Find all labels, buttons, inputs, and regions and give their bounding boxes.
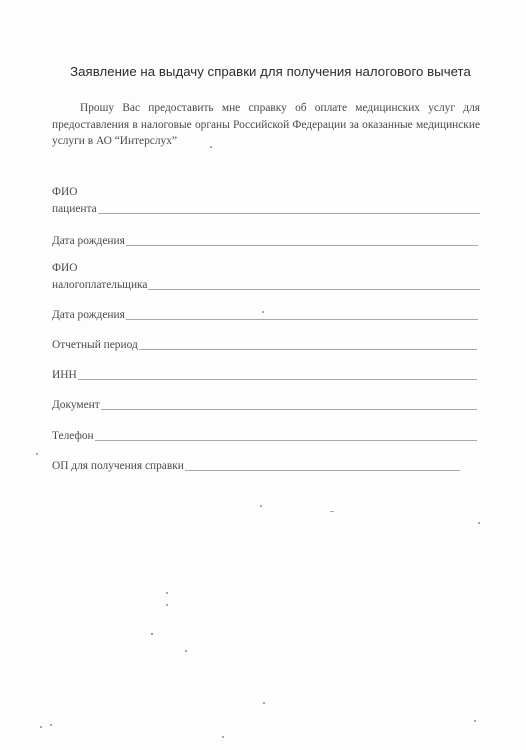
scan-speck bbox=[222, 736, 224, 738]
scan-speck bbox=[166, 592, 168, 594]
request-line-1: Прошу Вас предоставить мне справку об оп… bbox=[52, 100, 480, 117]
taxpayer-name-label: налогоплательщика bbox=[52, 278, 147, 292]
inn-label: ИНН bbox=[52, 368, 77, 382]
phone-input-line[interactable] bbox=[95, 440, 477, 441]
pickup-office-input-line[interactable] bbox=[185, 470, 460, 471]
scan-speck bbox=[260, 505, 262, 507]
scan-speck bbox=[262, 311, 264, 313]
pickup-office-label: ОП для получения справки bbox=[52, 459, 184, 473]
reporting-period-label: Отчетный период bbox=[52, 338, 138, 352]
scan-speck bbox=[50, 724, 52, 726]
scanned-page: Заявление на выдачу справки для получени… bbox=[0, 0, 526, 750]
patient-birthdate-input-line[interactable] bbox=[126, 245, 478, 246]
patient-birthdate-field[interactable]: Дата рождения bbox=[52, 232, 478, 248]
reporting-period-input-line[interactable] bbox=[139, 349, 477, 350]
phone-label: Телефон bbox=[52, 429, 94, 443]
patient-birthdate-label: Дата рождения bbox=[52, 234, 125, 248]
document-input-line[interactable] bbox=[101, 409, 477, 410]
scan-speck bbox=[478, 522, 480, 524]
document-label: Документ bbox=[52, 398, 100, 412]
patient-name-label-top: ФИО bbox=[52, 186, 77, 198]
request-line-2: предоставления в налоговые органы Россий… bbox=[52, 117, 480, 134]
scan-speck bbox=[330, 511, 334, 512]
scan-speck bbox=[166, 604, 168, 606]
reporting-period-field[interactable]: Отчетный период bbox=[52, 336, 477, 352]
inn-field[interactable]: ИНН bbox=[52, 366, 477, 382]
inn-input-line[interactable] bbox=[78, 379, 477, 380]
taxpayer-name-label-top: ФИО bbox=[52, 262, 77, 274]
scan-speck bbox=[36, 453, 38, 455]
taxpayer-birthdate-input-line[interactable] bbox=[126, 319, 478, 320]
taxpayer-name-input-line[interactable] bbox=[148, 289, 480, 290]
scan-speck bbox=[185, 650, 187, 652]
pickup-office-field[interactable]: ОП для получения справки bbox=[52, 457, 460, 473]
patient-name-field[interactable]: пациента bbox=[52, 200, 480, 216]
scan-speck bbox=[210, 146, 212, 148]
scan-speck bbox=[40, 726, 42, 728]
phone-field[interactable]: Телефон bbox=[52, 427, 477, 443]
request-line-3: услуги в АО “Интерслух” bbox=[52, 133, 480, 150]
scan-speck bbox=[474, 720, 476, 722]
patient-name-label: пациента bbox=[52, 202, 97, 216]
document-field[interactable]: Документ bbox=[52, 396, 477, 412]
document-title: Заявление на выдачу справки для получени… bbox=[0, 64, 526, 79]
scan-speck bbox=[263, 702, 265, 704]
taxpayer-birthdate-field[interactable]: Дата рождения bbox=[52, 306, 478, 322]
scan-speck bbox=[151, 633, 153, 635]
taxpayer-name-field[interactable]: налогоплательщика bbox=[52, 276, 480, 292]
taxpayer-birthdate-label: Дата рождения bbox=[52, 308, 125, 322]
patient-name-input-line[interactable] bbox=[98, 213, 480, 214]
request-paragraph: Прошу Вас предоставить мне справку об оп… bbox=[52, 100, 480, 150]
